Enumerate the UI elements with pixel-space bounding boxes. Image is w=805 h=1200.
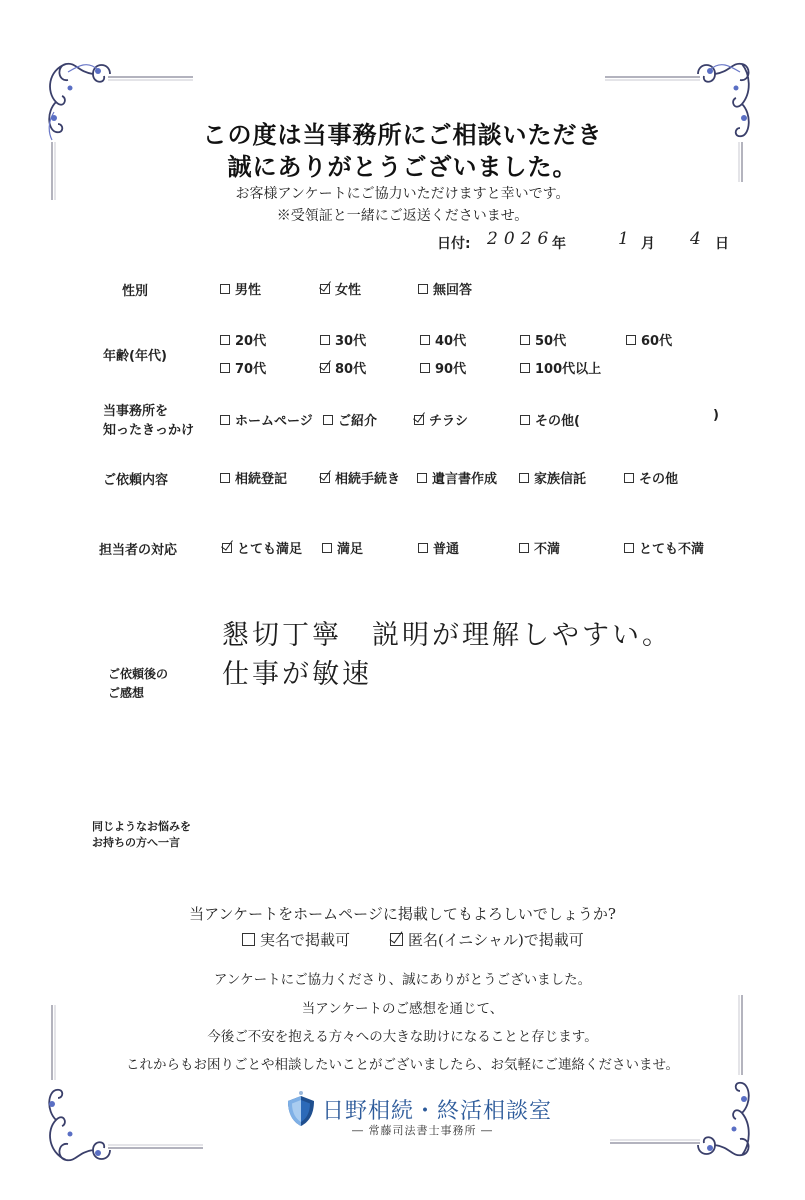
checkbox[interactable] bbox=[417, 473, 427, 483]
checkbox[interactable] bbox=[323, 415, 333, 425]
title-line-2: 誠にありがとうございました。 bbox=[0, 147, 805, 182]
impression-label-line-1: ご依頼後の bbox=[108, 665, 168, 682]
office-name: 日野相続・終活相談室 bbox=[322, 1094, 552, 1125]
gender-option-no-answer[interactable]: 無回答 bbox=[418, 279, 472, 298]
staff-option-neutral[interactable]: 普通 bbox=[418, 538, 459, 557]
source-option-referral[interactable]: ご紹介 bbox=[323, 410, 377, 429]
closing-line-3: 今後ご不安を抱える方々への大きな助けになることと存じます。 bbox=[0, 1025, 805, 1045]
publication-option-real-name[interactable]: 実名で掲載可 bbox=[242, 929, 350, 950]
age-option-80s[interactable]: 80代 bbox=[320, 358, 366, 377]
source-option-homepage[interactable]: ホームページ bbox=[220, 410, 313, 429]
checkbox[interactable] bbox=[220, 335, 230, 345]
staff-option-very-satisfied[interactable]: とても満足 bbox=[222, 538, 302, 557]
request-option-registration[interactable]: 相続登記 bbox=[220, 468, 287, 487]
checkbox[interactable] bbox=[220, 284, 230, 294]
message-label-line-2: お持ちの方へ一言 bbox=[92, 834, 180, 850]
staff-label: 担当者の対応 bbox=[99, 539, 177, 558]
checkbox[interactable] bbox=[418, 543, 428, 553]
gender-option-female[interactable]: 女性 bbox=[320, 279, 361, 298]
request-option-other[interactable]: その他 bbox=[624, 468, 678, 487]
age-option-30s[interactable]: 30代 bbox=[320, 330, 366, 349]
checkbox[interactable] bbox=[520, 363, 530, 373]
gender-label: 性別 bbox=[122, 280, 148, 299]
closing-line-1: アンケートにご協力くださり、誠にありがとうございました。 bbox=[0, 968, 805, 988]
age-option-90s[interactable]: 90代 bbox=[420, 358, 466, 377]
date-label: 日付: bbox=[437, 233, 471, 253]
age-option-60s[interactable]: 60代 bbox=[626, 330, 672, 349]
request-option-procedures[interactable]: 相続手続き bbox=[320, 468, 400, 487]
closing-line-2: 当アンケートのご感想を通じて、 bbox=[0, 997, 805, 1017]
age-option-70s[interactable]: 70代 bbox=[220, 358, 266, 377]
date-day-field[interactable]: 4 bbox=[690, 229, 701, 249]
publication-option-anonymous[interactable]: 匿名(イニシャル)で掲載可 bbox=[390, 929, 584, 950]
checkbox[interactable] bbox=[519, 543, 529, 553]
source-option-other[interactable]: その他( bbox=[520, 410, 580, 429]
impression-answer-line-1[interactable]: 懇切丁寧 説明が理解しやすい。 bbox=[222, 613, 672, 652]
checkbox[interactable] bbox=[520, 335, 530, 345]
office-subname: ― 常藤司法書士事務所 ― bbox=[352, 1122, 493, 1138]
source-other-close-paren: ) bbox=[713, 408, 719, 423]
request-label: ご依頼内容 bbox=[103, 469, 168, 488]
subtitle-line-2: ※受領証と一緒にご返送くださいませ。 bbox=[0, 205, 805, 225]
staff-option-satisfied[interactable]: 満足 bbox=[322, 538, 363, 557]
checkbox[interactable] bbox=[220, 415, 230, 425]
checkbox-checked[interactable] bbox=[414, 415, 424, 425]
checkbox[interactable] bbox=[624, 473, 634, 483]
checkbox[interactable] bbox=[519, 473, 529, 483]
checkbox[interactable] bbox=[420, 335, 430, 345]
gender-option-male[interactable]: 男性 bbox=[220, 279, 261, 298]
checkbox[interactable] bbox=[220, 363, 230, 373]
message-label-line-1: 同じようなお悩みを bbox=[92, 818, 191, 834]
checkbox[interactable] bbox=[322, 543, 332, 553]
corner-ornament-bottom-right-icon bbox=[600, 995, 770, 1155]
age-option-20s[interactable]: 20代 bbox=[220, 330, 266, 349]
age-label: 年齢(年代) bbox=[103, 345, 167, 364]
date-day-unit: 日 bbox=[715, 233, 729, 253]
date-month-unit: 月 bbox=[641, 233, 655, 253]
checkbox[interactable] bbox=[520, 415, 530, 425]
source-label-line-2: 知ったきっかけ bbox=[103, 419, 194, 438]
source-option-flyer[interactable]: チラシ bbox=[414, 410, 468, 429]
publication-question: 当アンケートをホームページに掲載してもよろしいでしょうか? bbox=[0, 903, 805, 924]
corner-ornament-bottom-left-icon bbox=[38, 1000, 208, 1160]
subtitle-line-1: お客様アンケートにご協力いただけますと幸いです。 bbox=[0, 183, 805, 203]
checkbox-checked[interactable] bbox=[222, 543, 232, 553]
source-label-line-1: 当事務所を bbox=[103, 400, 168, 419]
staff-option-dissatisfied[interactable]: 不満 bbox=[519, 538, 560, 557]
checkbox[interactable] bbox=[418, 284, 428, 294]
date-year-field[interactable]: 2026 bbox=[487, 229, 554, 249]
title-line-1: この度は当事務所にご相談いただき bbox=[0, 115, 805, 150]
checkbox[interactable] bbox=[420, 363, 430, 373]
staff-option-very-dissatisfied[interactable]: とても不満 bbox=[624, 538, 704, 557]
age-option-100s-plus[interactable]: 100代以上 bbox=[520, 358, 601, 377]
checkbox-checked[interactable] bbox=[320, 363, 330, 373]
checkbox[interactable] bbox=[626, 335, 636, 345]
checkbox-checked[interactable] bbox=[320, 473, 330, 483]
checkbox[interactable] bbox=[320, 335, 330, 345]
date-year-unit: 年 bbox=[552, 233, 566, 253]
request-option-family-trust[interactable]: 家族信託 bbox=[519, 468, 586, 487]
impression-answer-line-2[interactable]: 仕事が敏速 bbox=[222, 652, 372, 691]
closing-line-4: これからもお困りごとや相談したいことがございましたら、お気軽にご連絡くださいませ… bbox=[0, 1053, 805, 1073]
checkbox[interactable] bbox=[242, 933, 255, 946]
age-option-40s[interactable]: 40代 bbox=[420, 330, 466, 349]
checkbox-checked[interactable] bbox=[390, 933, 403, 946]
checkbox[interactable] bbox=[220, 473, 230, 483]
checkbox-checked[interactable] bbox=[320, 284, 330, 294]
age-option-50s[interactable]: 50代 bbox=[520, 330, 566, 349]
shield-icon bbox=[285, 1090, 317, 1128]
checkbox[interactable] bbox=[624, 543, 634, 553]
date-month-field[interactable]: 1 bbox=[618, 229, 629, 249]
impression-label-line-2: ご感想 bbox=[108, 684, 144, 701]
message-answer-field[interactable] bbox=[222, 790, 702, 870]
request-option-will[interactable]: 遺言書作成 bbox=[417, 468, 497, 487]
